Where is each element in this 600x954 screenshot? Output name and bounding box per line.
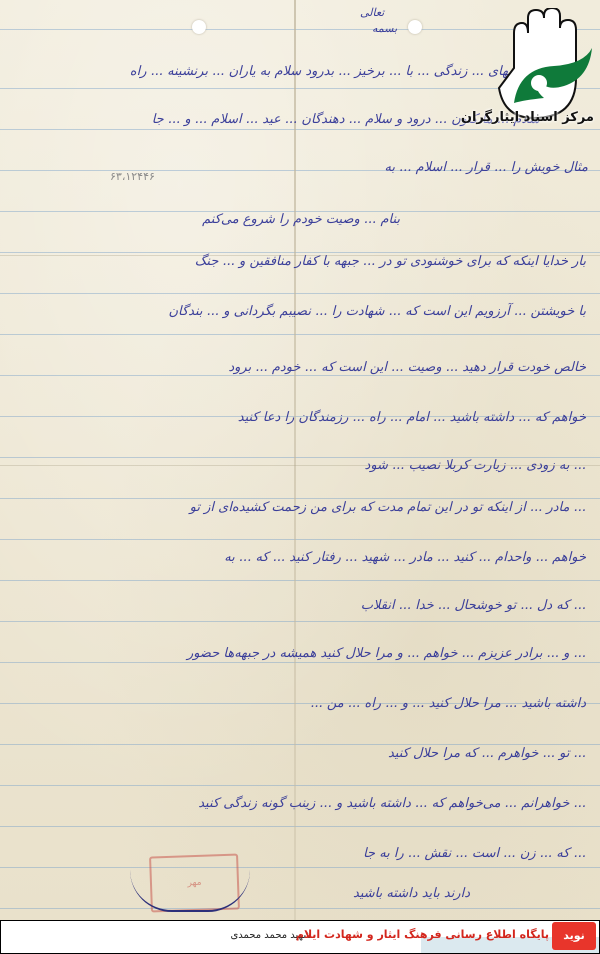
handwritten-letter-scan: تعالی بسمه با ... بهای ... زندگی ... با … — [0, 0, 600, 920]
letter-line: ... تو ... خواهرم ... که مرا حلال کنید — [388, 746, 586, 761]
header-note: تعالی — [360, 6, 384, 19]
letter-line: خواهم که ... داشته باشید ... امام ... را… — [238, 410, 586, 425]
footer-bar: شهید محمد محمدی پایگاه اطلاع رسانی فرهنگ… — [0, 920, 600, 954]
logo-caption: مرکز اسناد ایثارگران — [461, 110, 594, 125]
punch-hole — [408, 20, 422, 34]
letter-line: ... به زودی ... زیارت کربلا نصیب ... شود — [365, 458, 586, 473]
letter-line: با خویشتن ... آرزویم این است که ... شهاد… — [168, 304, 586, 319]
navid-shahed-logo-icon: نوید شاهد — [552, 922, 596, 950]
pencil-number: ۶۳،۱۲۴۴۶ — [110, 170, 155, 183]
punch-hole — [192, 20, 206, 34]
paper-fold — [294, 0, 296, 920]
letter-line: خالص خودت قرار دهید ... وصیت ... این است… — [228, 360, 586, 375]
letter-heading: بنام ... وصیت خودم را شروع می‌کنم — [202, 212, 400, 227]
letter-line: ... و ... برادر عزیزم ... خواهم ... و مر… — [187, 646, 586, 661]
letter-line: داشته باشید ... مرا حلال کنید ... و ... … — [310, 696, 586, 711]
letter-line: ... که دل ... تو خوشحال ... خدا ... انقل… — [361, 598, 586, 613]
letter-line: دارند باید داشته باشید — [353, 886, 470, 901]
letter-line: ... خواهرانم ... می‌خواهم که ... داشته ب… — [198, 796, 586, 811]
letter-line: خواهم ... واحدام ... کنید ... مادر ... ش… — [224, 550, 586, 565]
letter-line: با ... بهای ... زندگی ... با ... برخیز .… — [130, 64, 540, 79]
brand-text: پایگاه اطلاع رسانی فرهنگ ایثار و شهادت ا… — [296, 928, 549, 941]
letter-line: ... که ... زن ... است ... نقش ... را به … — [363, 846, 586, 861]
letter-line: مثال خویش را ... قرار ... اسلام ... به — [384, 160, 588, 175]
letter-line: ... مادر ... از اینکه تو در این تمام مدت… — [190, 500, 586, 515]
header-note-2: بسمه — [372, 22, 397, 35]
letter-line: بار خدایا اینکه که برای خوشنودی تو در ..… — [195, 254, 586, 269]
